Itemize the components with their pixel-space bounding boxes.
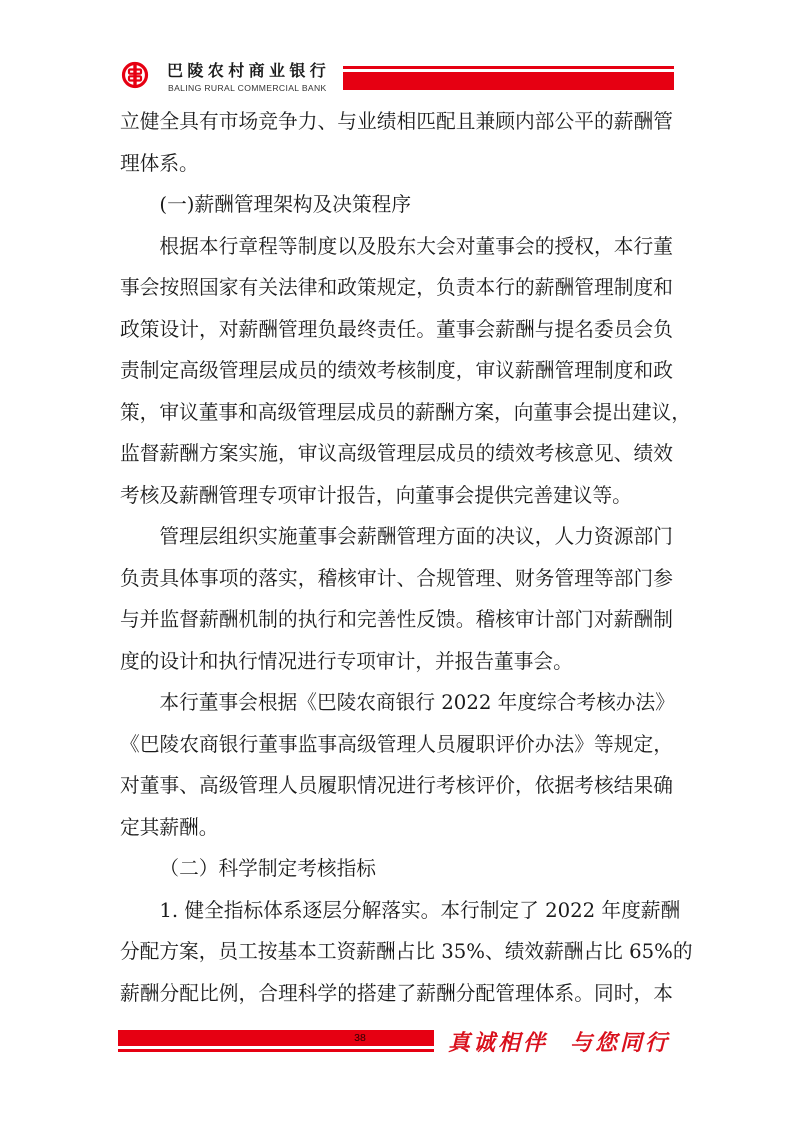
paragraph-line: 责制定高级管理层成员的绩效考核制度，审议薪酬管理制度和政 [120,350,673,392]
header-rule-thin [343,66,674,69]
paragraph-line: 1. 健全指标体系逐层分解落实。本行制定了 2022 年度薪酬 [120,890,673,932]
paragraph-line: 根据本行章程等制度以及股东大会对董事会的授权，本行董 [120,226,673,268]
paragraph-line: 负责具体事项的落实，稽核审计、合规管理、财务管理等部门参 [120,558,673,600]
bank-name-chinese: 巴陵农村商业银行 [167,61,330,81]
slogan-part-1: 真诚相伴 [448,1030,548,1056]
paragraph-line: 《巴陵农商银行董事监事高级管理人员履职评价办法》等规定， [120,724,673,766]
section-heading: (一)薪酬管理架构及决策程序 [120,184,673,226]
paragraph-line: 本行董事会根据《巴陵农商银行 2022 年度综合考核办法》 [120,682,673,724]
slogan-part-2: 与您同行 [570,1030,670,1056]
paragraph-line: 考核及薪酬管理专项审计报告，向董事会提供完善建议等。 [120,475,673,517]
paragraph-line: 度的设计和执行情况进行专项审计，并报告董事会。 [120,641,673,683]
paragraph-line: 监督薪酬方案实施，审议高级管理层成员的绩效考核意见、绩效 [120,433,673,475]
paragraph-line: 分配方案，员工按基本工资薪酬占比 35%、绩效薪酬占比 65%的 [120,931,673,973]
footer-rule-thin [118,1049,434,1052]
section-heading: （二）科学制定考核指标 [120,848,673,890]
footer-rule-thick [118,1030,434,1046]
footer-slogan: 真诚相伴与您同行 [448,1030,670,1056]
page-number: 38 [349,1031,371,1045]
paragraph-line: 薪酬分配比例，合理科学的搭建了薪酬分配管理体系。同时，本 [120,973,673,1015]
document-body: 立健全具有市场竞争力、与业绩相匹配且兼顾内部公平的薪酬管 理体系。 (一)薪酬管… [120,101,673,1014]
paragraph-line: 事会按照国家有关法律和政策规定，负责本行的薪酬管理制度和 [120,267,673,309]
paragraph-line: 定其薪酬。 [120,807,673,849]
paragraph-line: 对董事、高级管理人员履职情况进行考核评价，依据考核结果确 [120,765,673,807]
page-header: 巴陵农村商业银行 BALING RURAL COMMERCIAL BANK [0,0,793,100]
bank-name-english: BALING RURAL COMMERCIAL BANK [168,83,327,93]
paragraph-line: 立健全具有市场竞争力、与业绩相匹配且兼顾内部公平的薪酬管 [120,101,673,143]
paragraph-line: 管理层组织实施董事会薪酬管理方面的决议，人力资源部门 [120,516,673,558]
paragraph-line: 理体系。 [120,143,673,185]
paragraph-line: 策，审议董事和高级管理层成员的薪酬方案，向董事会提出建议， [120,392,673,434]
bank-coin-logo-icon [121,61,149,89]
header-rule-thick [343,72,674,90]
paragraph-line: 政策设计，对薪酬管理负最终责任。董事会薪酬与提名委员会负 [120,309,673,351]
paragraph-line: 与并监督薪酬机制的执行和完善性反馈。稽核审计部门对薪酬制 [120,599,673,641]
